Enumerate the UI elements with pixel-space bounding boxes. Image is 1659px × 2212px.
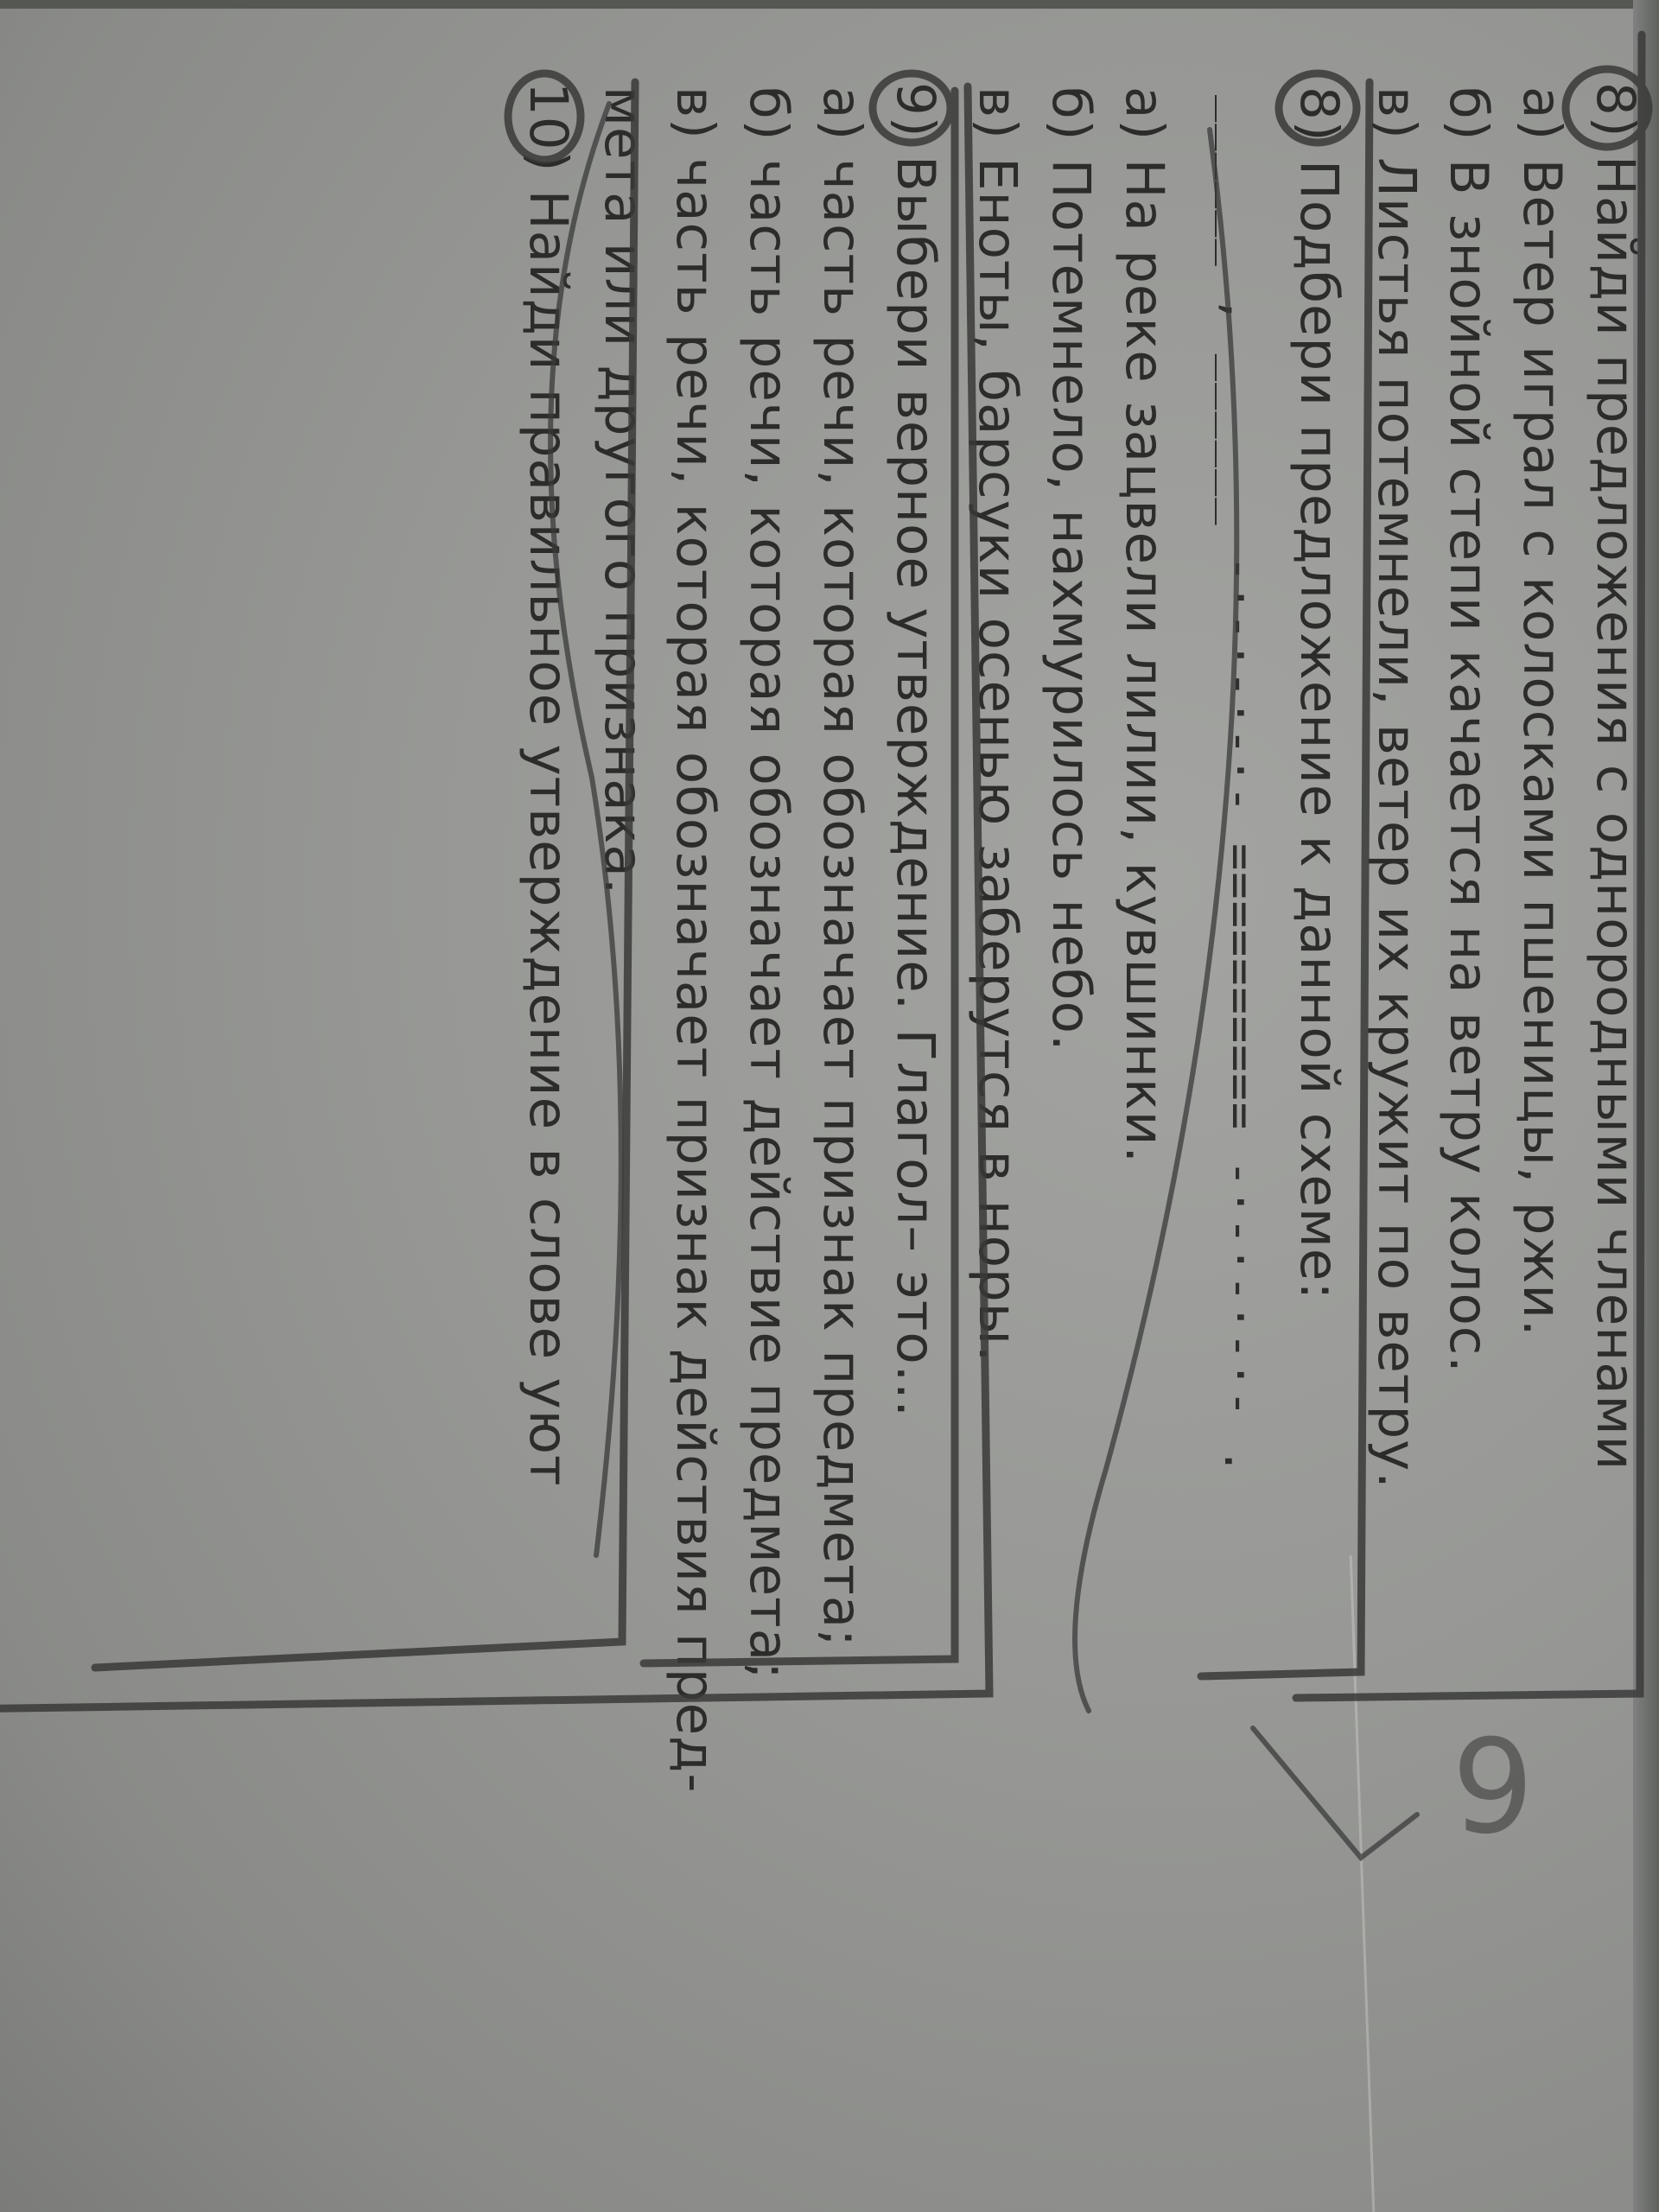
grade-mark: 9 — [1452, 1713, 1534, 1863]
worksheet-page: 8) Найди предложения с однородными члена… — [0, 0, 1659, 2212]
photo-background: 8) Найди предложения с однородными члена… — [0, 0, 1659, 2212]
pencil-marks: 9 — [0, 0, 1659, 2212]
